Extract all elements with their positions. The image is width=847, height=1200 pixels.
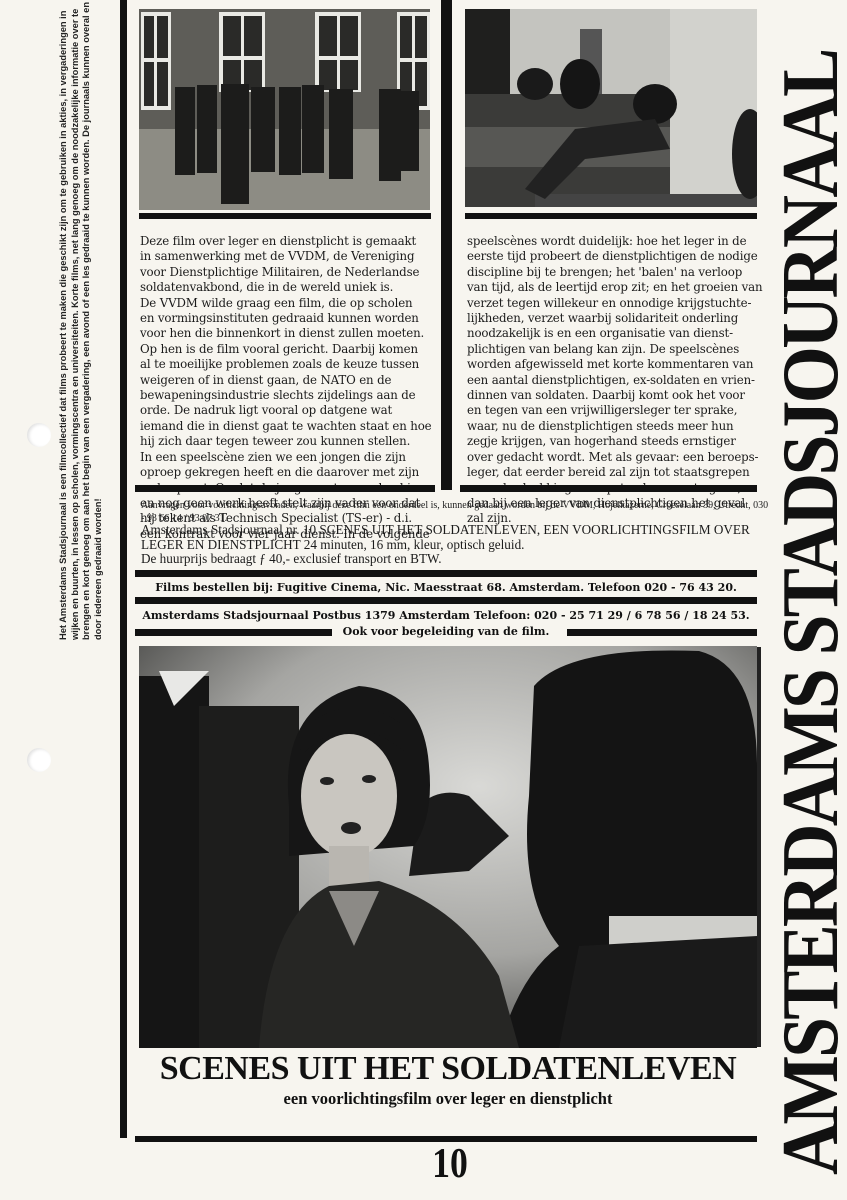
photo-rule xyxy=(465,213,757,219)
soldiers-in-formation-photo xyxy=(139,9,430,210)
masthead-text: AMSTERDAMS STADSJOURNAAL xyxy=(776,51,846,1175)
article-column-left: Deze film over leger en dienstplicht is … xyxy=(140,234,440,542)
film-info-price: De huurprijs bedraagt ƒ 40,- exclusief t… xyxy=(141,552,771,567)
photo-illustration xyxy=(465,9,757,207)
photo-frame-rule xyxy=(757,647,761,1047)
film-info: Amsterdams Stadsjournaal nr. 10 SCENES U… xyxy=(141,523,771,567)
address-contact: Amsterdams Stadsjournaal Postbus 1379 Am… xyxy=(135,609,757,623)
punch-hole xyxy=(27,748,51,772)
young-people-on-beds-photo xyxy=(465,9,757,207)
film-subtitle: een voorlichtingsfilm over leger en dien… xyxy=(135,1088,761,1110)
article-column-right: speelscènes wordt duidelijk: hoe het leg… xyxy=(467,234,767,527)
band-rule xyxy=(135,597,757,604)
sidebar-description: Het Amsterdams Stadsjournaal is een film… xyxy=(58,0,123,640)
film-title: SCENES UIT HET SOLDATENLEVEN xyxy=(135,1049,761,1089)
photo-illustration xyxy=(139,9,430,210)
band-rule-right xyxy=(567,629,757,636)
film-info-description: Amsterdams Stadsjournaal nr. 10 SCENES U… xyxy=(141,523,771,552)
article-bottom-rule xyxy=(135,485,435,492)
column-divider xyxy=(441,0,452,490)
article-bottom-rule xyxy=(460,485,757,492)
punch-hole xyxy=(27,423,51,447)
left-border-rule xyxy=(120,0,127,1138)
band-rule xyxy=(135,570,757,577)
order-contact: Films bestellen bij: Fugitive Cinema, Ni… xyxy=(135,581,757,595)
young-soldier-portrait-photo xyxy=(139,646,757,1048)
photo-rule xyxy=(139,213,431,219)
photo-illustration xyxy=(139,646,757,1048)
page-number: 10 xyxy=(412,1142,489,1186)
masthead-title: AMSTERDAMS STADSJOURNAAL xyxy=(776,10,846,1175)
